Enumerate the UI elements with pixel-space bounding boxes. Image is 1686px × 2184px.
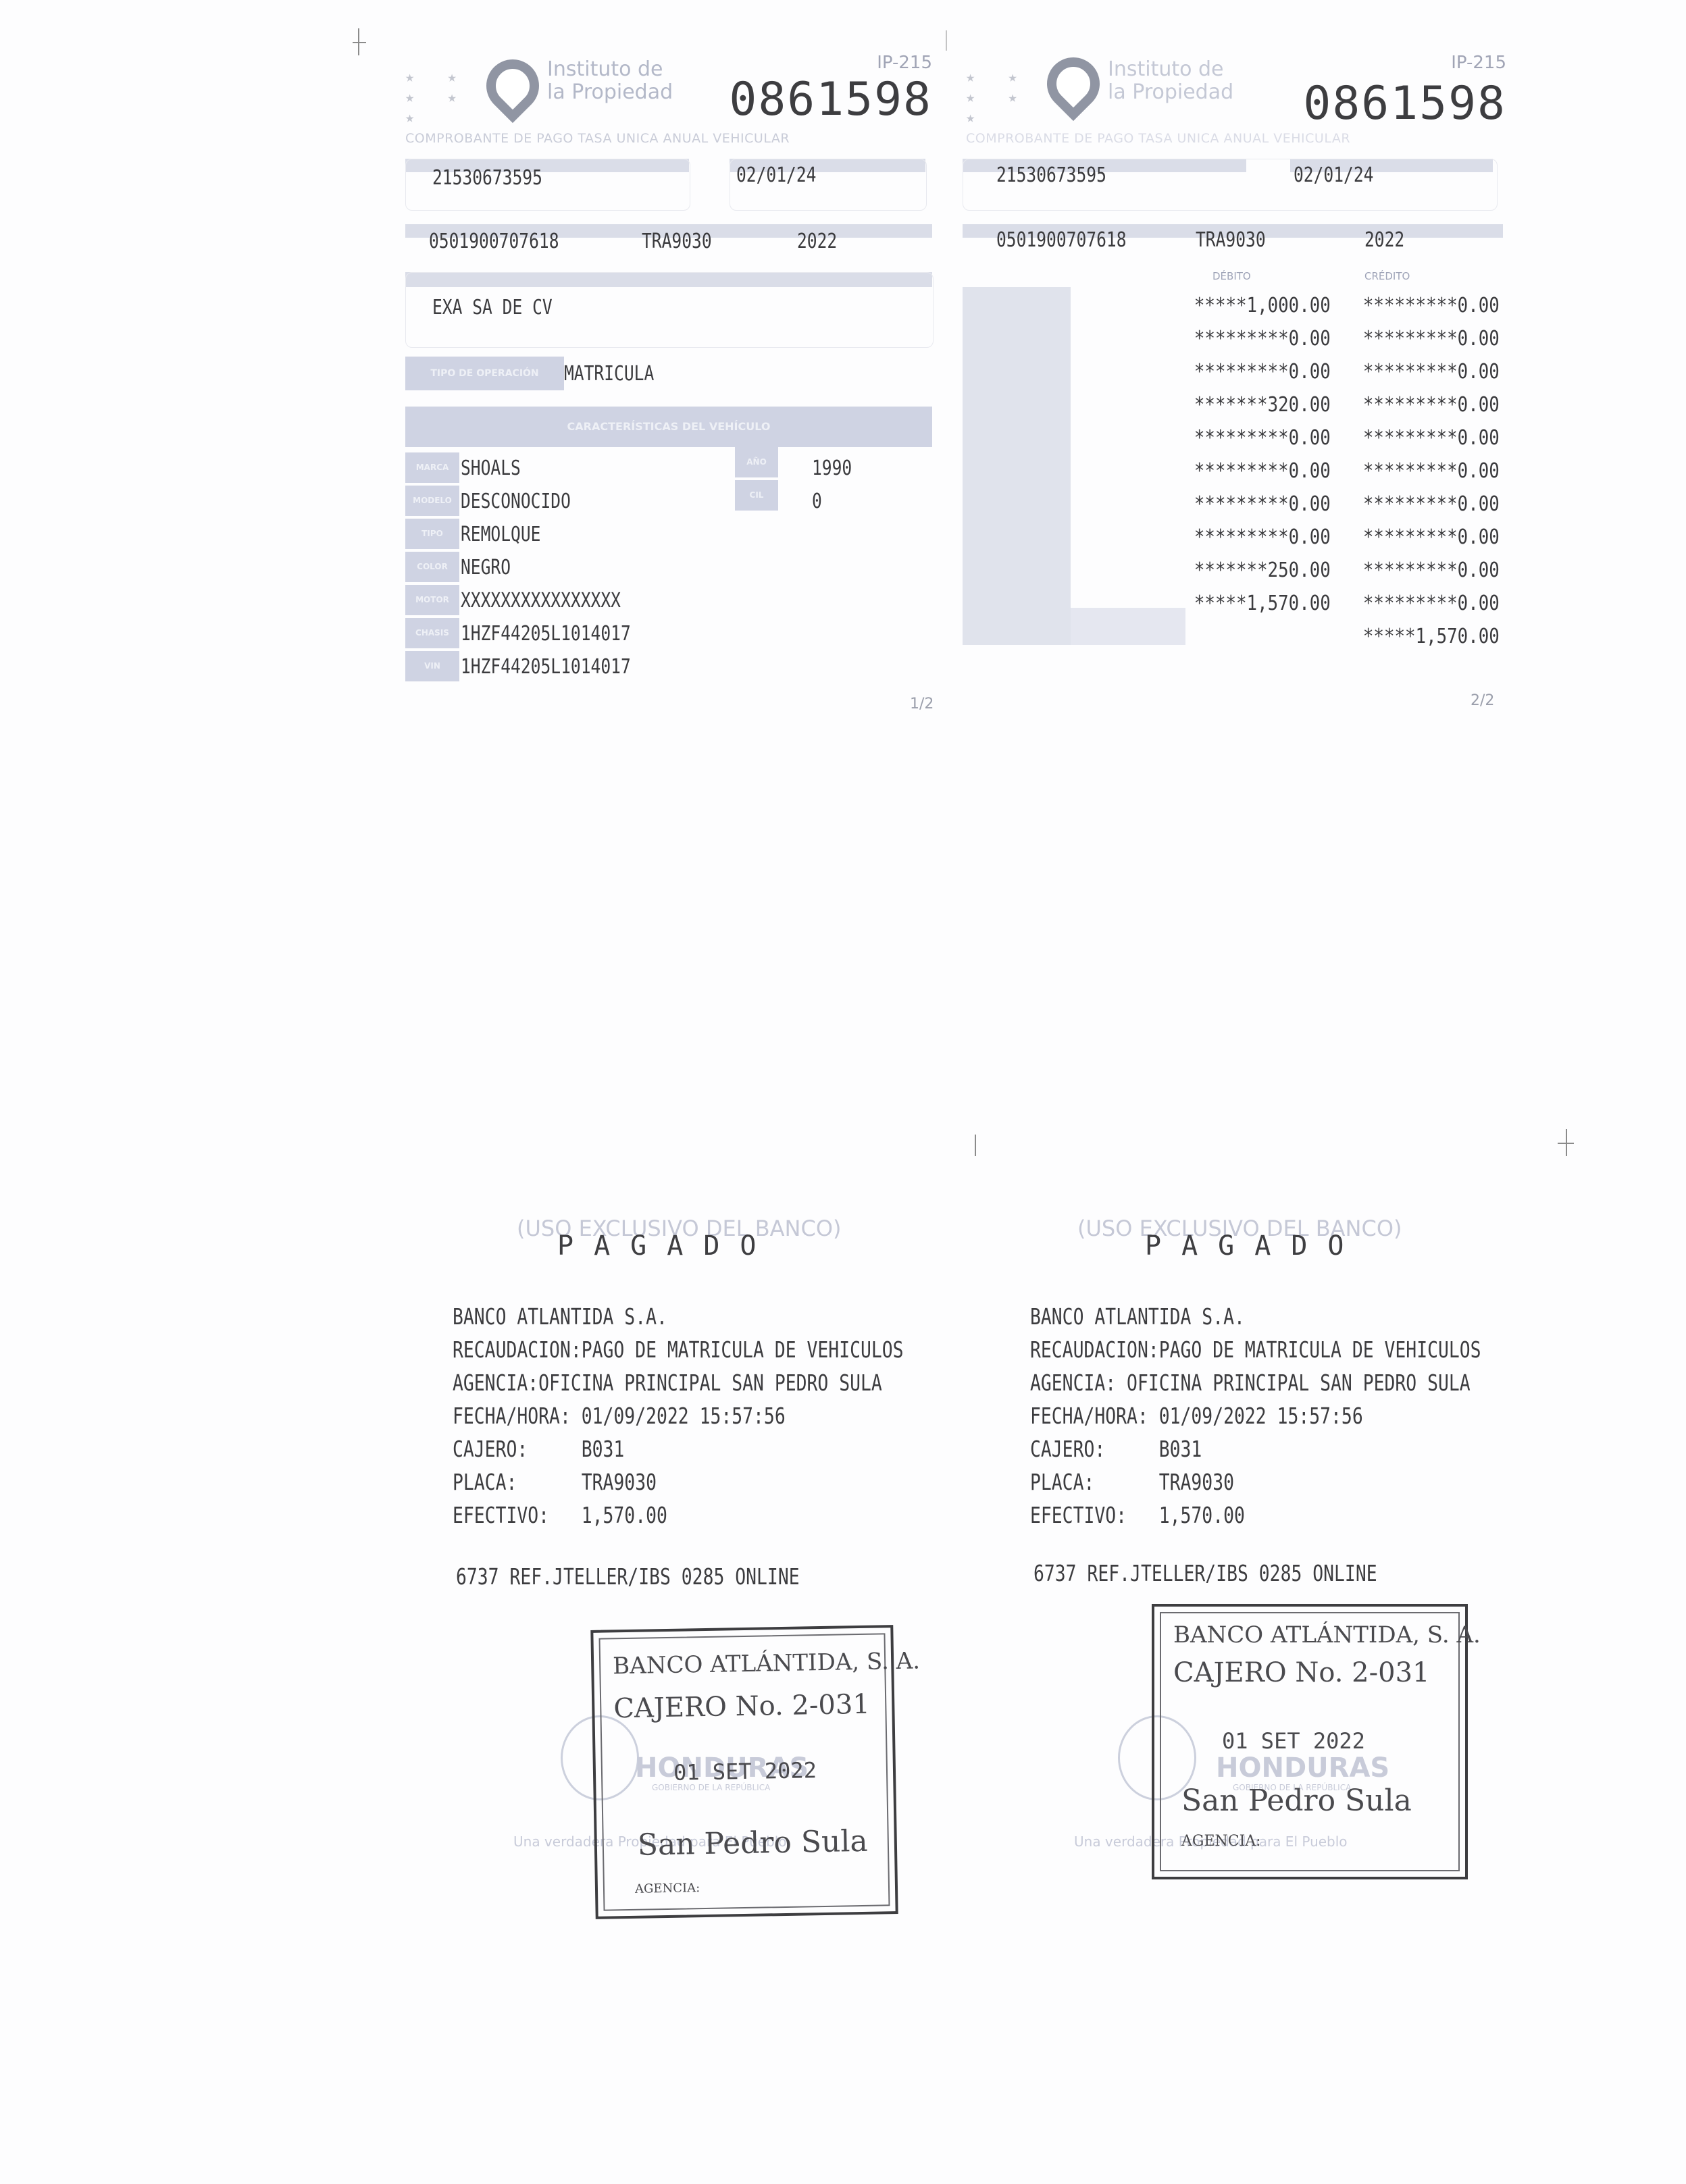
vehicle-field-label: TIPO (405, 519, 459, 549)
vehicle-field-label: MARCA (405, 452, 459, 483)
ledger-debit: *********0.00 (1194, 327, 1331, 350)
ledger-credit: *********0.00 (1363, 459, 1500, 483)
institution-name: Instituto de la Propiedad (547, 58, 673, 104)
bank-stamp: BANCO ATLÁNTIDA, S. A. CAJERO No. 2-031 … (1152, 1604, 1468, 1879)
ledger-debit: *******320.00 (1194, 393, 1331, 417)
ledger-debit: *********0.00 (1194, 426, 1331, 450)
stamp-city: San Pedro Sula (637, 1824, 868, 1863)
stars-icon: ★ ★ ★ ★ ★ (966, 68, 1040, 128)
owner-name: EXA SA DE CV (432, 296, 553, 319)
slip-line: BANCO ATLANTIDA S.A. (1030, 1303, 1245, 1330)
vehicle-field-label: COLOR (405, 552, 459, 582)
fiscal-year: 2022 (1364, 228, 1404, 252)
ledger-credit: *********0.00 (1363, 360, 1500, 384)
crop-mark (946, 30, 947, 51)
ledger-credit: *********0.00 (1363, 525, 1500, 549)
receipt-subtitle: COMPROBANTE DE PAGO TASA UNICA ANUAL VEH… (405, 131, 939, 146)
stamp-cashier: CAJERO No. 2-031 (613, 1689, 870, 1725)
ledger-credit: *********0.00 (1363, 327, 1500, 350)
ledger-credit: *********0.00 (1363, 426, 1500, 450)
stamp-agency-label: AGENCIA: (635, 1881, 700, 1896)
vehicle-field-label: CHASIS (405, 618, 459, 648)
ledger-debit: *********0.00 (1194, 492, 1331, 516)
crop-mark (975, 1135, 976, 1156)
folio-number: 0861598 (1303, 77, 1506, 130)
ledger-credit: *********0.00 (1363, 558, 1500, 582)
vehicle-field-value: XXXXXXXXXXXXXXXX (461, 589, 621, 613)
receipt-page-2: ★ ★ ★ ★ ★ Instituto de la Propiedad IP-2… (959, 47, 1500, 723)
stamp-date: 01 SET 2022 (1222, 1728, 1365, 1754)
slip-reference: 6737 REF.JTELLER/IBS 0285 ONLINE (1033, 1560, 1377, 1586)
account-number: 21530673595 (996, 163, 1106, 187)
paid-status: PAGADO (557, 1230, 777, 1262)
vehicle-field-value: REMOLQUE (461, 523, 540, 546)
slip-reference: 6737 REF.JTELLER/IBS 0285 ONLINE (456, 1563, 800, 1590)
stamp-bank: BANCO ATLÁNTIDA, S. A. (613, 1647, 920, 1680)
crop-mark (1558, 1143, 1574, 1144)
slip-line: FECHA/HORA: 01/09/2022 15:57:56 (453, 1403, 786, 1429)
debit-header: DÉBITO (1212, 270, 1251, 282)
vehicle-field-label: MODELO (405, 486, 459, 516)
vehicle-section-title: CARACTERÍSTICAS DEL VEHÍCULO (405, 407, 932, 447)
slip-line: PLACA: TRA9030 (1030, 1469, 1234, 1495)
issue-date: 02/01/24 (1294, 163, 1373, 187)
page-number: 1/2 (910, 696, 934, 712)
stamp-bank: BANCO ATLÁNTIDA, S. A. (1173, 1621, 1481, 1648)
vehicle-field-value: 1HZF44205L1014017 (461, 622, 631, 646)
stamp-agency-label: AGENCIA: (1181, 1833, 1261, 1850)
ip-logo-icon (476, 49, 550, 123)
ledger-debit: *******250.00 (1194, 558, 1331, 582)
bank-slip-1: (USO EXCLUSIVO DEL BANCO) PAGADO BANCO A… (446, 1216, 1000, 1958)
form-code: IP-215 (877, 53, 932, 73)
institution-name: Instituto de la Propiedad (1108, 58, 1233, 104)
slip-line: CAJERO: B031 (453, 1436, 624, 1462)
ledger-debit: *********0.00 (1194, 525, 1331, 549)
ledger-debit: *****1,570.00 (1194, 592, 1331, 615)
ledger-debit: *********0.00 (1194, 459, 1331, 483)
ledger-total: *****1,570.00 (1363, 625, 1500, 648)
plate-number: TRA9030 (642, 230, 712, 253)
slip-line: AGENCIA:OFICINA PRINCIPAL SAN PEDRO SULA (453, 1370, 882, 1396)
bank-slip-2: (USO EXCLUSIVO DEL BANCO) PAGADO BANCO A… (1023, 1216, 1577, 1958)
operation-type: MATRICULA (564, 362, 654, 386)
owner-id: 0501900707618 (429, 230, 559, 253)
slip-line: EFECTIVO: 1,570.00 (1030, 1502, 1245, 1528)
stamp-date: 01 SET 2022 (673, 1757, 817, 1786)
slip-line: RECAUDACION:PAGO DE MATRICULA DE VEHICUL… (1030, 1336, 1481, 1363)
ip-logo-icon (1036, 47, 1110, 121)
slip-line: RECAUDACION:PAGO DE MATRICULA DE VEHICUL… (453, 1336, 904, 1363)
account-number: 21530673595 (432, 166, 542, 190)
bank-stamp: BANCO ATLÁNTIDA, S. A. CAJERO No. 2-031 … (590, 1625, 898, 1919)
folio-number: 0861598 (729, 73, 932, 126)
issue-date: 02/01/24 (736, 163, 816, 187)
form-code: IP-215 (1451, 53, 1506, 73)
receipt-page-1: ★ ★ ★ ★ ★ Instituto de la Propiedad IP-2… (399, 47, 939, 723)
vehicle-field-value: NEGRO (461, 556, 511, 579)
vehicle-field-label: MOTOR (405, 585, 459, 615)
slip-line: PLACA: TRA9030 (453, 1469, 657, 1495)
vehicle-field-value: DESCONOCIDO (461, 490, 571, 513)
vehicle-field-value: SHOALS (461, 457, 521, 480)
crop-mark (353, 42, 366, 43)
operation-type-label: TIPO DE OPERACIÓN (405, 357, 564, 390)
vehicle-side-label: CIL (735, 480, 778, 511)
stamp-city: San Pedro Sula (1181, 1784, 1412, 1818)
ledger-debit: *****1,000.00 (1194, 294, 1331, 317)
slip-line: BANCO ATLANTIDA S.A. (453, 1303, 667, 1330)
owner-id: 0501900707618 (996, 228, 1127, 252)
slip-line: EFECTIVO: 1,570.00 (453, 1502, 667, 1528)
vehicle-field-label: VIN (405, 651, 459, 681)
ledger-credit: *********0.00 (1363, 492, 1500, 516)
vehicle-side-value: 1990 (812, 457, 852, 480)
fiscal-year: 2022 (797, 230, 837, 253)
credit-header: CRÉDITO (1364, 270, 1410, 282)
ledger-credit: *********0.00 (1363, 393, 1500, 417)
slip-line: FECHA/HORA: 01/09/2022 15:57:56 (1030, 1403, 1363, 1429)
page-number: 2/2 (1471, 692, 1494, 709)
vehicle-field-value: 1HZF44205L1014017 (461, 655, 631, 679)
ledger-credit: *********0.00 (1363, 592, 1500, 615)
vehicle-side-value: 0 (812, 490, 822, 513)
vehicle-side-label: AÑO (735, 447, 778, 477)
slip-line: AGENCIA: OFICINA PRINCIPAL SAN PEDRO SUL… (1030, 1370, 1471, 1396)
stamp-cashier: CAJERO No. 2-031 (1173, 1657, 1429, 1688)
slip-line: CAJERO: B031 (1030, 1436, 1202, 1462)
paid-status: PAGADO (1145, 1230, 1364, 1262)
stars-icon: ★ ★ ★ ★ ★ (405, 68, 480, 128)
ledger-credit: *********0.00 (1363, 294, 1500, 317)
ledger-debit: *********0.00 (1194, 360, 1331, 384)
plate-number: TRA9030 (1196, 228, 1266, 252)
receipt-subtitle: COMPROBANTE DE PAGO TASA UNICA ANUAL VEH… (966, 131, 1500, 146)
